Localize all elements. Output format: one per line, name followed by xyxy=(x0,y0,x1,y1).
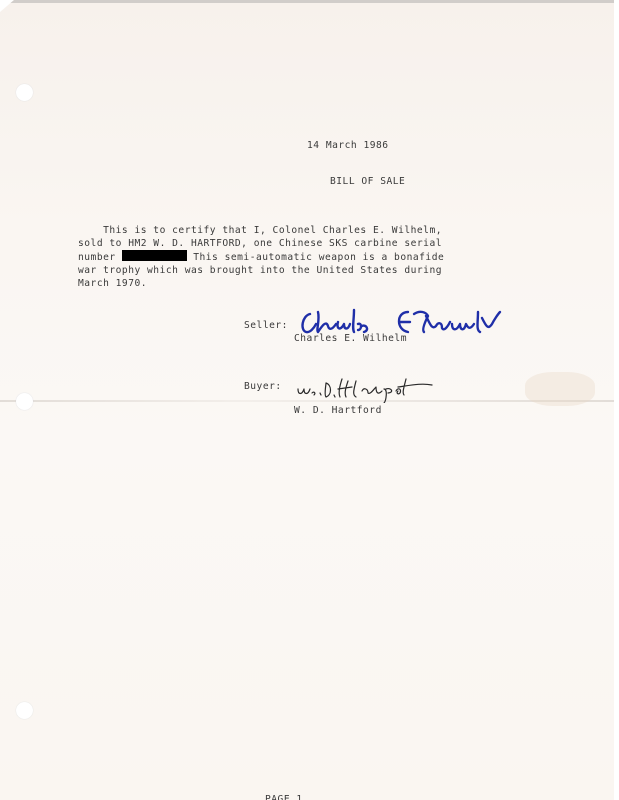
document-date: 14 March 1986 xyxy=(307,139,389,152)
document-body: This is to certify that I, Colonel Charl… xyxy=(78,224,444,290)
body-line-5: March 1970. xyxy=(78,278,147,289)
binder-hole-middle xyxy=(16,393,33,410)
body-line-1: This is to certify that I, Colonel Charl… xyxy=(78,225,442,236)
page-number: PAGE 1 xyxy=(265,793,303,800)
buyer-signature xyxy=(294,375,434,403)
binder-hole-bottom xyxy=(16,702,33,719)
redacted-serial-number xyxy=(122,250,187,261)
document-title: BILL OF SALE xyxy=(330,175,405,188)
document-page: 14 March 1986 BILL OF SALE This is to ce… xyxy=(0,0,614,800)
body-line-3b: This semi-automatic weapon is a bonafide xyxy=(187,252,444,263)
seller-printed-name: Charles E. Wilhelm xyxy=(294,332,407,345)
buyer-printed-name: W. D. Hartford xyxy=(294,404,382,417)
binder-hole-top xyxy=(16,84,33,101)
body-line-3a: number xyxy=(78,252,122,263)
body-line-2: sold to HM2 W. D. HARTFORD, one Chinese … xyxy=(78,238,442,249)
seller-label: Seller: xyxy=(244,319,288,332)
body-line-4: war trophy which was brought into the Un… xyxy=(78,265,442,276)
paper-stain xyxy=(525,372,595,406)
buyer-label: Buyer: xyxy=(244,380,282,393)
